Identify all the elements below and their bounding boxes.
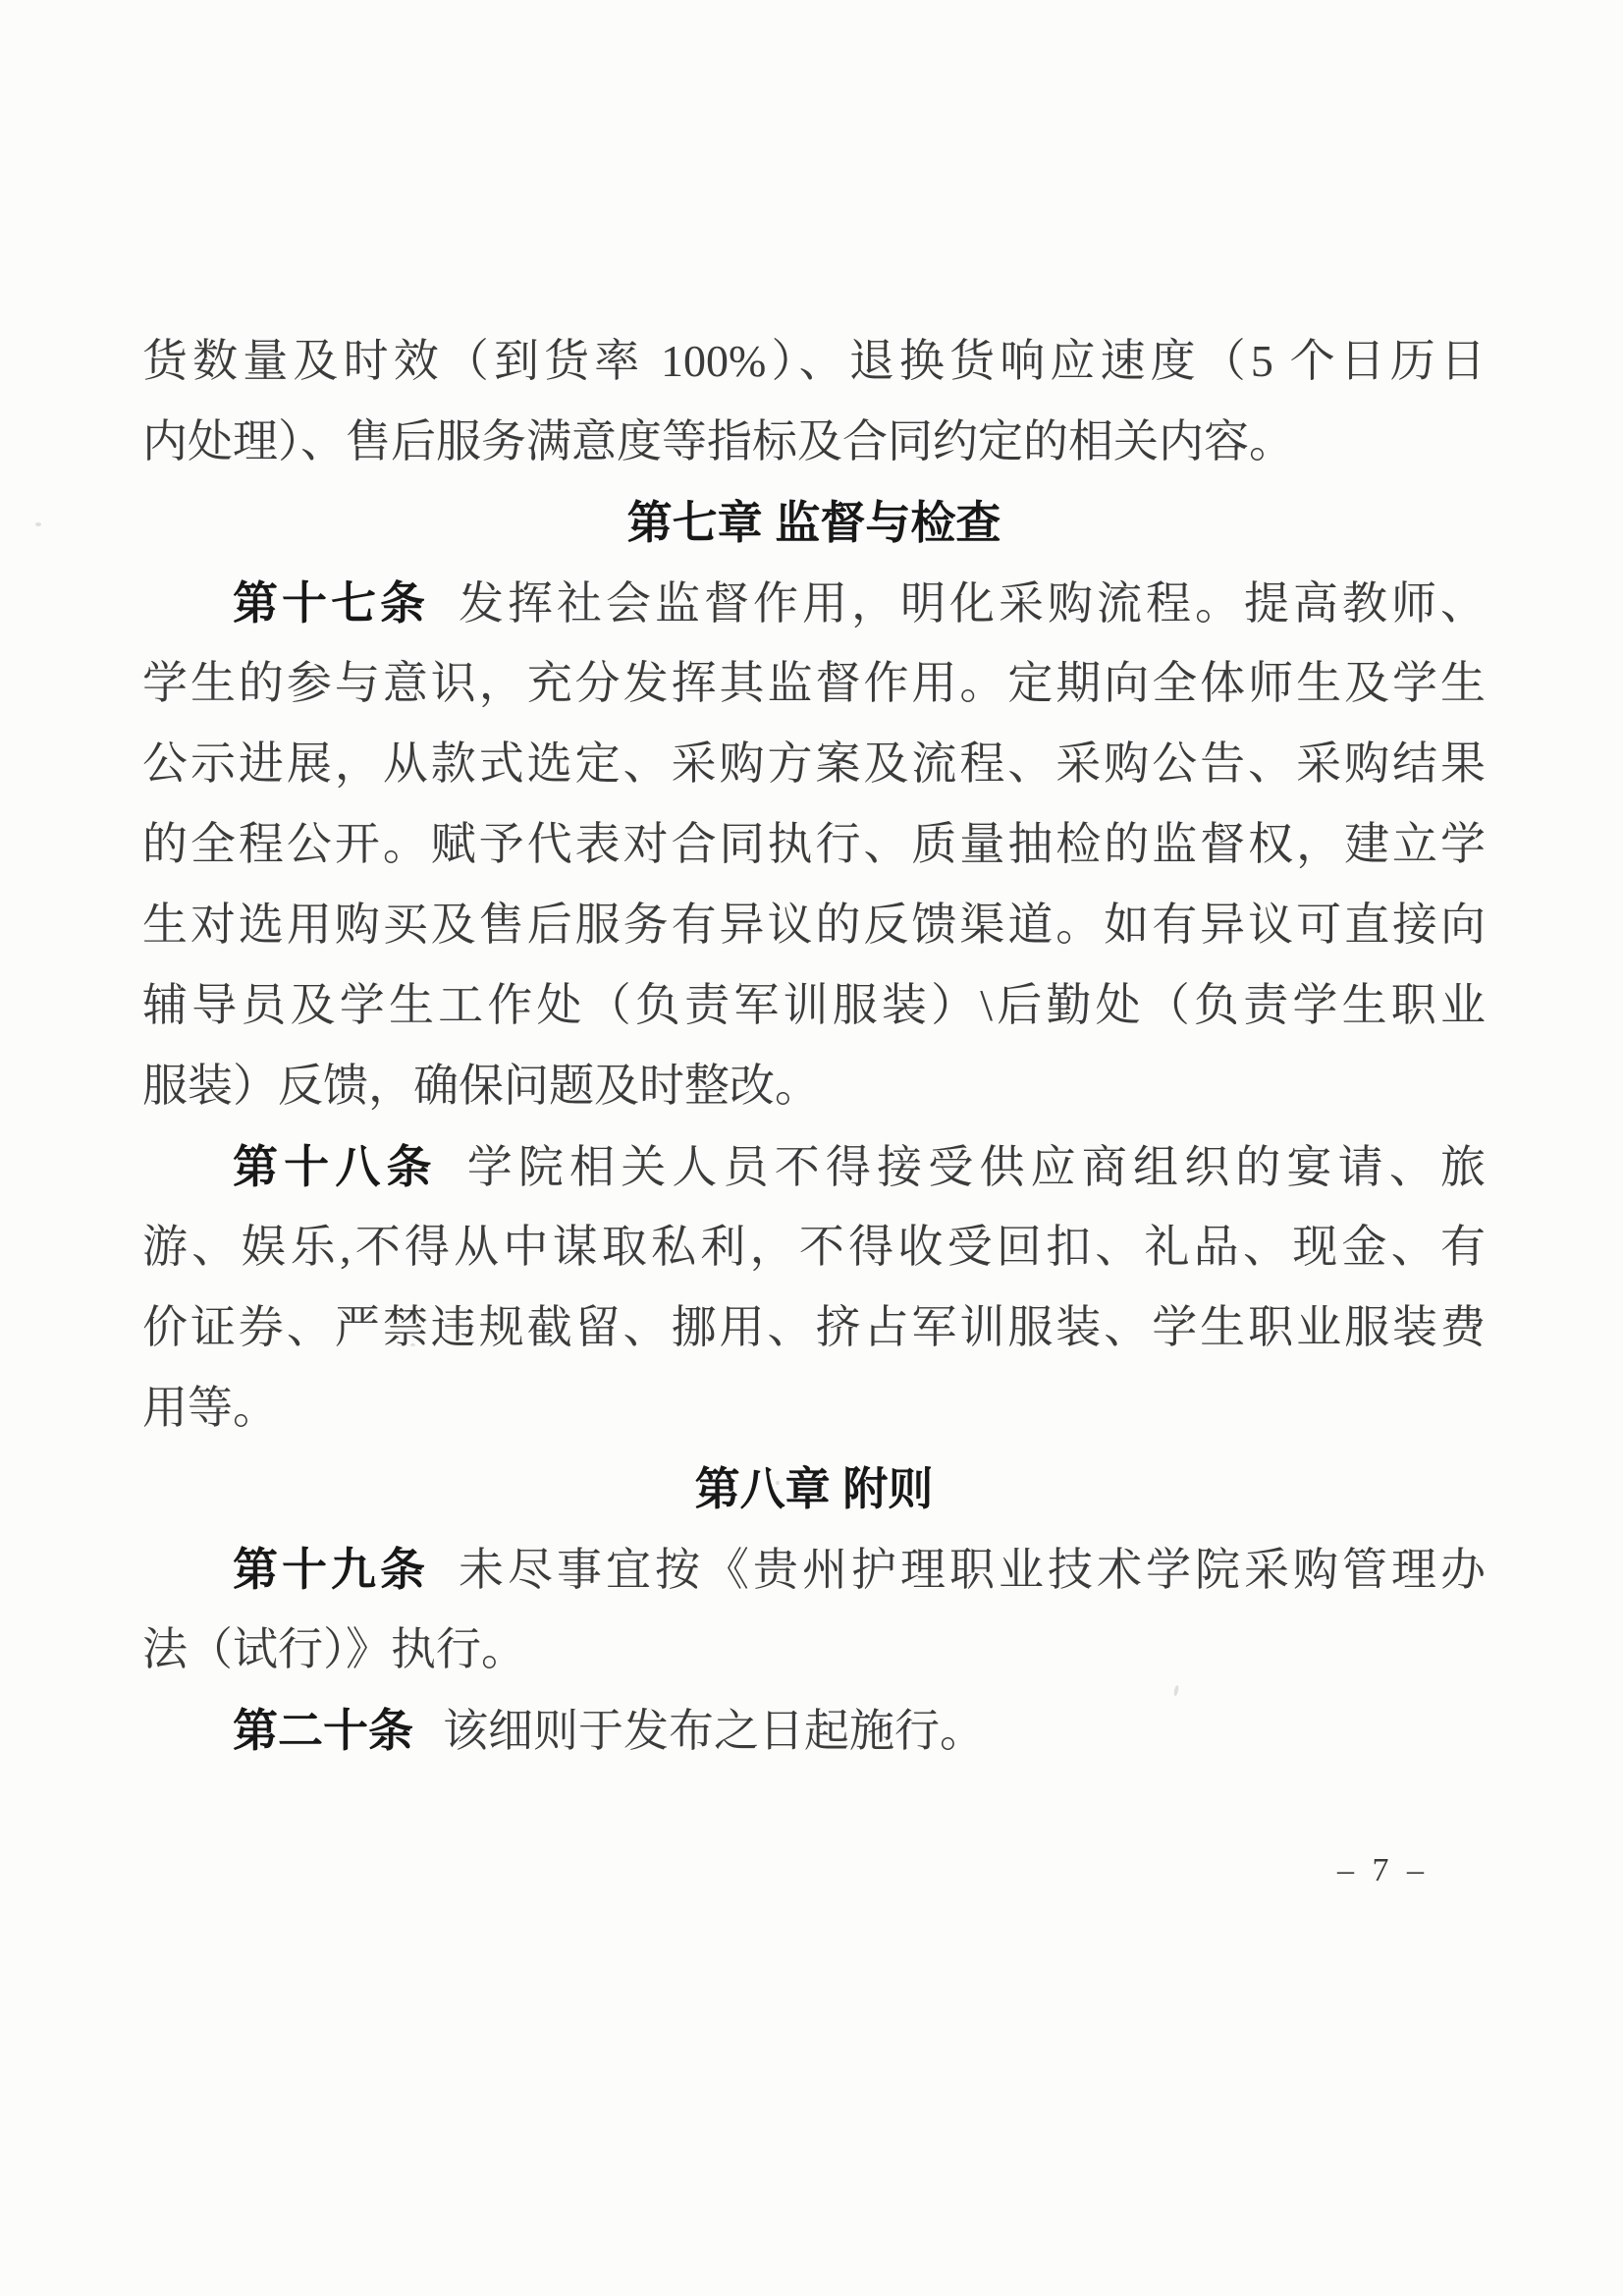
chapter-heading: 第七章 监督与检查 bbox=[142, 482, 1486, 563]
text-line: 法（试行）》执行。 bbox=[142, 1610, 1486, 1690]
chapter-heading: 第八章 附则 bbox=[142, 1449, 1486, 1529]
text-line: 游、娱乐,不得从中谋取私利，不得收受回扣、礼品、现金、有 bbox=[142, 1207, 1486, 1287]
text-line: 生对选用购买及售后服务有异议的反馈渠道。如有异议可直接向 bbox=[142, 885, 1486, 965]
article-number: 第十九条 bbox=[233, 1544, 429, 1595]
text-line: 第十七条发挥社会监督作用，明化采购流程。提高教师、 bbox=[142, 563, 1486, 643]
article-text: 学院相关人员不得接受供应商组织的宴请、旅 bbox=[467, 1142, 1486, 1192]
text-column: 货数量及时效（到货率 100%）、退换货响应速度（5 个日历日 内处理）、售后服… bbox=[142, 321, 1486, 1771]
article-number: 第十七条 bbox=[233, 577, 429, 629]
text-line: 公示进展，从款式选定、采购方案及流程、采购公告、采购结果 bbox=[142, 724, 1486, 804]
text-line: 服装）反馈，确保问题及时整改。 bbox=[142, 1046, 1486, 1126]
article-text: 发挥社会监督作用，明化采购流程。提高教师、 bbox=[459, 578, 1486, 629]
article-number: 第二十条 bbox=[233, 1705, 413, 1756]
text-line: 用等。 bbox=[142, 1368, 1486, 1449]
text-line: 学生的参与意识，充分发挥其监督作用。定期向全体师生及学生 bbox=[142, 643, 1486, 724]
article-text: 该细则于发布之日起施行。 bbox=[443, 1706, 985, 1756]
document-page: 货数量及时效（到货率 100%）、退换货响应速度（5 个日历日 内处理）、售后服… bbox=[0, 0, 1623, 2296]
article-number: 第十八条 bbox=[233, 1141, 438, 1192]
text-line: 的全程公开。赋予代表对合同执行、质量抽检的监督权，建立学 bbox=[142, 804, 1486, 885]
text-line: 第十八条学院相关人员不得接受供应商组织的宴请、旅 bbox=[142, 1126, 1486, 1207]
text-line: 货数量及时效（到货率 100%）、退换货响应速度（5 个日历日 bbox=[142, 321, 1486, 402]
text-line: 价证券、严禁违规截留、挪用、挤占军训服装、学生职业服装费 bbox=[142, 1287, 1486, 1368]
scan-artifact bbox=[35, 522, 41, 526]
text-line: 第十九条未尽事宜按《贵州护理职业技术学院采购管理办 bbox=[142, 1529, 1486, 1610]
text-line: 第二十条该细则于发布之日起施行。 bbox=[142, 1690, 1486, 1771]
scan-artifact bbox=[410, 1343, 415, 1346]
article-text: 未尽事宜按《贵州护理职业技术学院采购管理办 bbox=[459, 1545, 1486, 1595]
text-line: 内处理）、售后服务满意度等指标及合同约定的相关内容。 bbox=[142, 402, 1486, 482]
scan-artifact bbox=[776, 1481, 780, 1485]
page-number: – 7 – bbox=[1337, 1848, 1429, 1893]
text-line: 辅导员及学生工作处（负责军训服装）\后勤处（负责学生职业 bbox=[142, 965, 1486, 1046]
